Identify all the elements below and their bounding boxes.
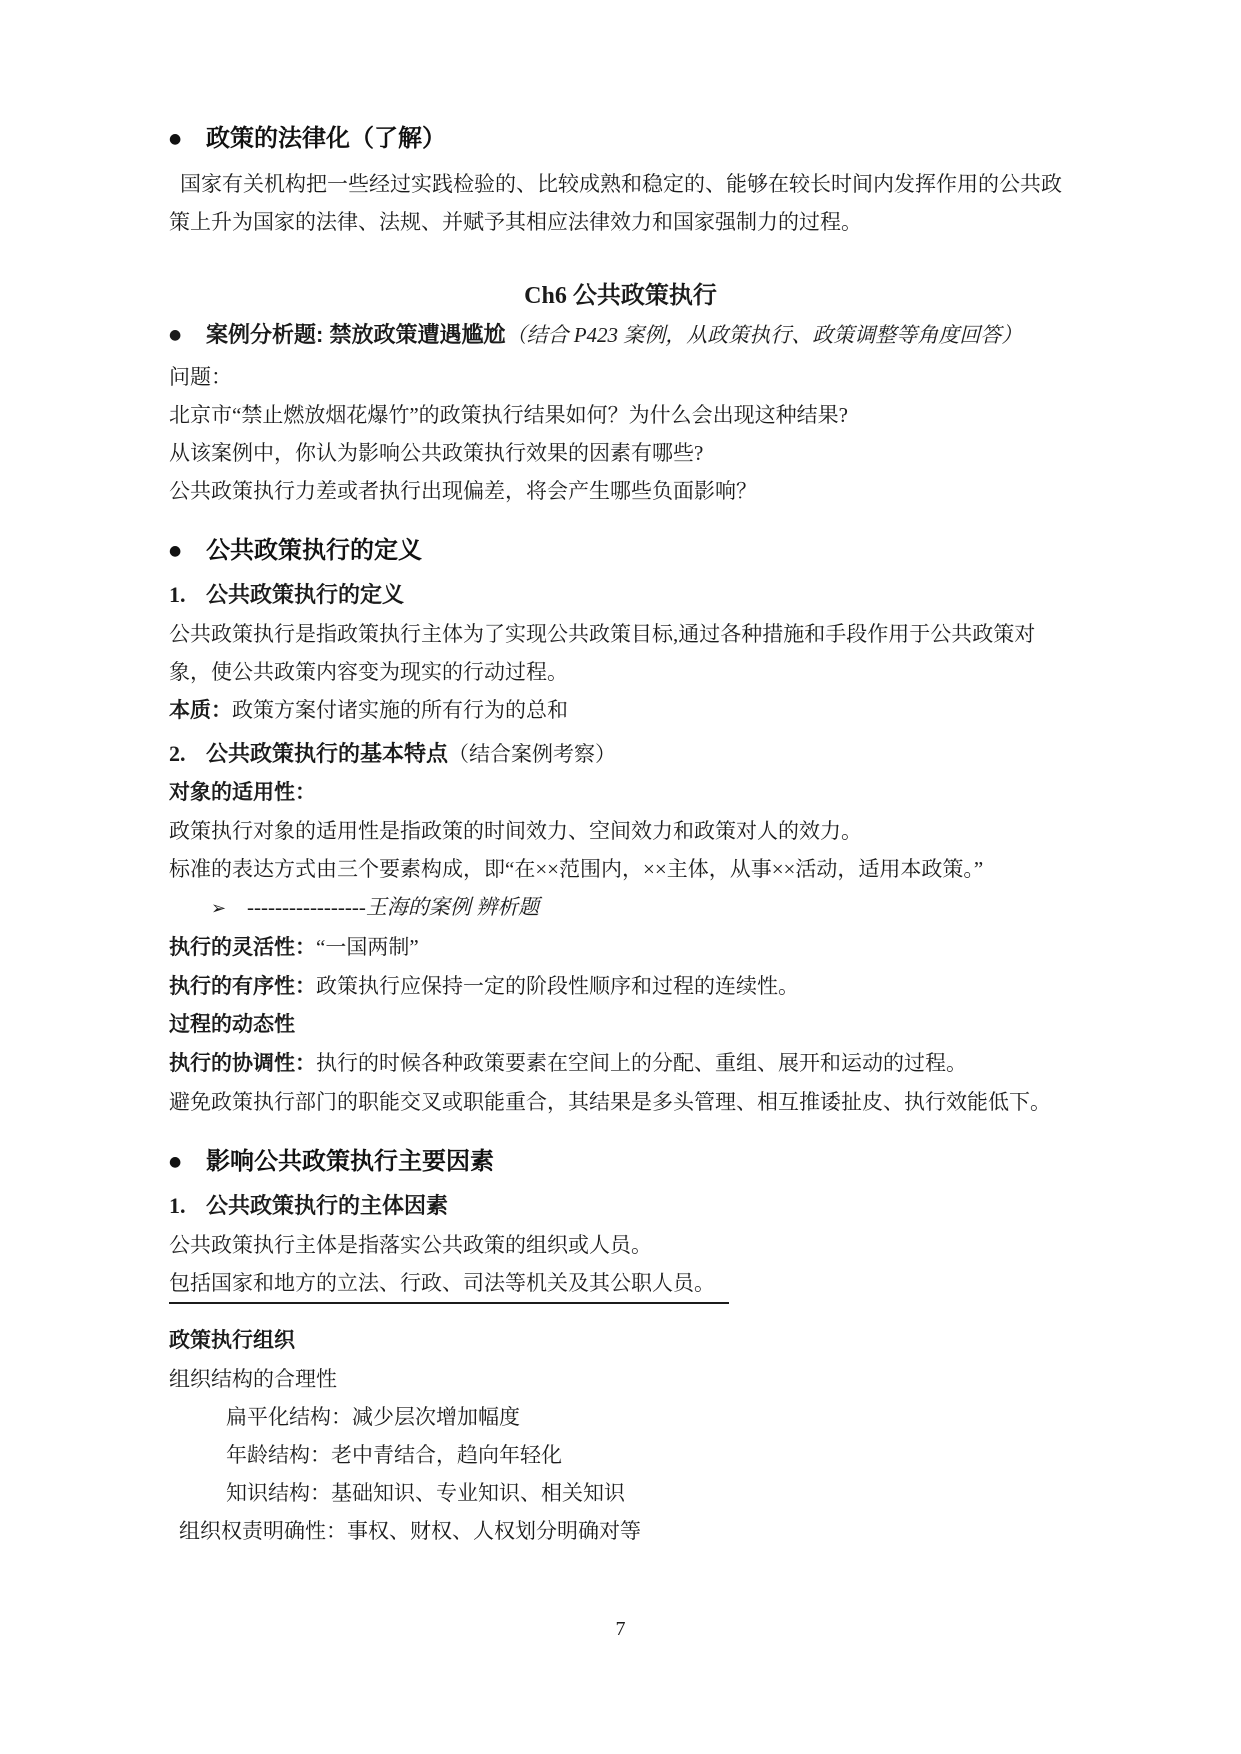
factors-item-1: 1. 公共政策执行的主体因素 — [169, 1186, 1072, 1226]
item-title: 公共政策执行的主体因素 — [206, 1186, 448, 1226]
arrow-bullet-icon: ➢ — [211, 890, 247, 928]
bullet-icon: ● — [169, 534, 206, 568]
questions-label: 问题： — [169, 358, 1072, 396]
avoid-overlap-paragraph: 避免政策执行部门的职能交叉或职能重合，其结果是多头管理、相互推诿扯皮、执行效能低… — [169, 1083, 1072, 1121]
flexibility-label: 执行的灵活性： — [169, 936, 316, 959]
heading-definition-text: 公共政策执行的定义 — [206, 534, 422, 568]
case-analysis-note: （结合 P423 案例，从政策执行、政策调整等角度回答） — [505, 315, 1022, 355]
heading-factors-text: 影响公共政策执行主要因素 — [206, 1145, 494, 1179]
paragraph-legalization: 国家有关机构把一些经过实践检验的、比较成熟和稳定的、能够在较长时间内发挥作用的公… — [169, 165, 1072, 241]
bullet-icon: ● — [169, 315, 206, 355]
orderliness-label: 执行的有序性： — [169, 975, 316, 998]
item-title: 公共政策执行的基本特点 — [206, 734, 448, 774]
subject-definition-text: 公共政策执行主体是指落实公共政策的组织或人员。 — [169, 1226, 1072, 1264]
org-rationality-text: 组织结构的合理性 — [169, 1360, 1072, 1398]
flexibility-line: 执行的灵活性：“一国两制” — [169, 928, 1072, 967]
heading-definition-section: ● 公共政策执行的定义 — [169, 534, 1072, 571]
dynamics-label: 过程的动态性 — [169, 1006, 1072, 1044]
case-reference-text: -----------------王海的案例 辨析题 — [247, 888, 539, 926]
heading-policy-legalization: ● 政策的法律化（了解） — [169, 122, 1072, 159]
bullet-icon: ● — [169, 122, 206, 156]
definition-paragraph: 公共政策执行是指政策执行主体为了实现公共政策目标,通过各种措施和手段作用于公共政… — [169, 615, 1072, 691]
question-2: 从该案例中，你认为影响公共政策执行效果的因素有哪些? — [169, 434, 1072, 472]
case-analysis-heading: ● 案例分析题: 禁放政策遭遇尴尬 （结合 P423 案例，从政策执行、政策调整… — [169, 315, 1072, 358]
heading-policy-legalization-text: 政策的法律化（了解） — [206, 122, 446, 156]
item-number: 1. — [169, 575, 206, 615]
include-underlined-text: 包括国家和地方的立法、行政、司法等机关及其公职人员。 — [169, 1264, 729, 1304]
coordination-line: 执行的协调性：执行的时候各种政策要素在空间上的分配、重组、展开和运动的过程。 — [169, 1044, 1072, 1083]
question-3: 公共政策执行力差或者执行出现偏差，将会产生哪些负面影响？ — [169, 472, 1072, 510]
coordination-label: 执行的协调性： — [169, 1052, 316, 1075]
case-reference-line: ➢ -----------------王海的案例 辨析题 — [169, 888, 1072, 928]
item-note: （结合案例考察） — [448, 734, 616, 774]
orderliness-text: 政策执行应保持一定的阶段性顺序和过程的连续性。 — [316, 974, 799, 998]
org-item-flat-structure: 扁平化结构：减少层次增加幅度 — [169, 1398, 1072, 1436]
include-line: 包括国家和地方的立法、行政、司法等机关及其公职人员。 — [169, 1264, 1072, 1304]
heading-factors-section: ● 影响公共政策执行主要因素 — [169, 1145, 1072, 1182]
essence-text: 政策方案付诸实施的所有行为的总和 — [232, 698, 568, 722]
page-number: 7 — [0, 1616, 1241, 1642]
document-page: ● 政策的法律化（了解） 国家有关机构把一些经过实践检验的、比较成熟和稳定的、能… — [0, 0, 1241, 1754]
essence-label: 本质： — [169, 699, 232, 722]
chapter-heading: Ch6 公共政策执行 — [169, 279, 1072, 313]
definition-item-2: 2. 公共政策执行的基本特点 （结合案例考察） — [169, 734, 1072, 774]
case-analysis-title: 案例分析题: 禁放政策遭遇尴尬 — [206, 315, 505, 355]
org-responsibility-text: 组织权责明确性：事权、财权、人权划分明确对等 — [169, 1512, 1072, 1550]
coordination-text: 执行的时候各种政策要素在空间上的分配、重组、展开和运动的过程。 — [316, 1051, 967, 1075]
item-number: 2. — [169, 734, 206, 774]
essence-line: 本质：政策方案付诸实施的所有行为的总和 — [169, 691, 1072, 730]
question-1: 北京市“禁止燃放烟花爆竹”的政策执行结果如何？为什么会出现这种结果? — [169, 396, 1072, 434]
applicability-text: 政策执行对象的适用性是指政策的时间效力、空间效力和政策对人的效力。 — [169, 812, 1072, 850]
bullet-icon: ● — [169, 1145, 206, 1179]
item-number: 1. — [169, 1186, 206, 1226]
org-item-knowledge-structure: 知识结构：基础知识、专业知识、相关知识 — [169, 1474, 1072, 1512]
standard-expression-paragraph: 标准的表达方式由三个要素构成，即“在××范围内，××主体，从事××活动，适用本政… — [169, 850, 1072, 888]
item-title: 公共政策执行的定义 — [206, 575, 404, 615]
definition-item-1: 1. 公共政策执行的定义 — [169, 575, 1072, 615]
flexibility-text: “一国两制” — [316, 935, 419, 959]
org-item-age-structure: 年龄结构：老中青结合，趋向年轻化 — [169, 1436, 1072, 1474]
orderliness-line: 执行的有序性：政策执行应保持一定的阶段性顺序和过程的连续性。 — [169, 967, 1072, 1006]
org-heading: 政策执行组织 — [169, 1322, 1072, 1360]
applicability-label: 对象的适用性： — [169, 774, 1072, 812]
